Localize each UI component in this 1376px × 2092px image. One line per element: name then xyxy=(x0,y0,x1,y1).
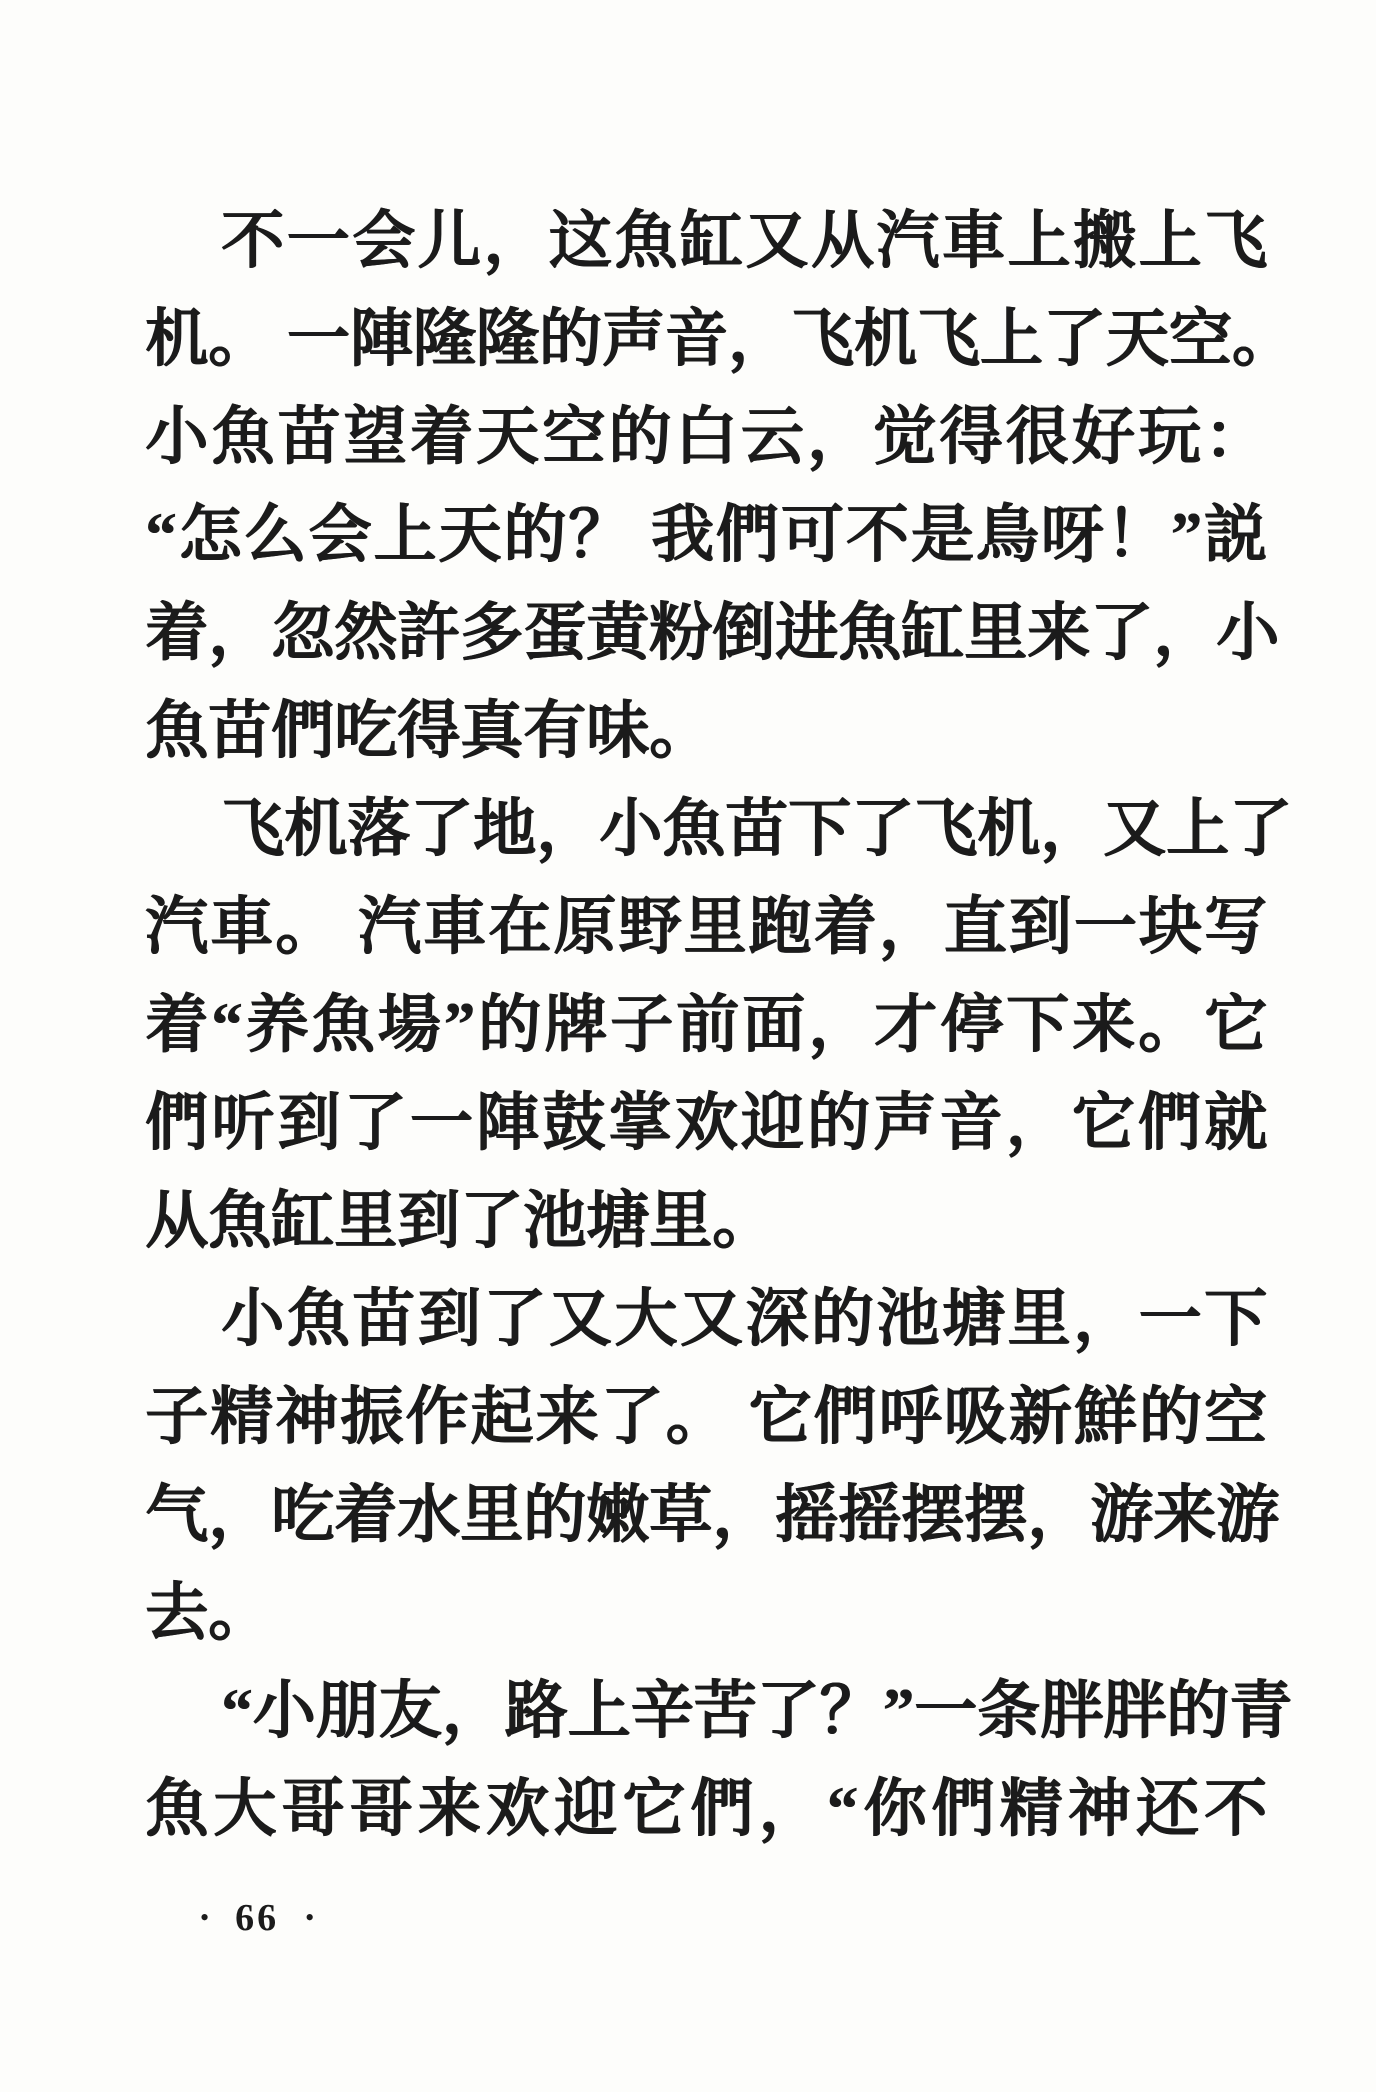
text-char: 里 xyxy=(683,878,746,976)
text-char: 忽 xyxy=(271,584,334,682)
text-char: ？ xyxy=(820,1662,883,1760)
text-char: 。 xyxy=(208,290,271,388)
text-char: 了 xyxy=(344,1074,407,1172)
text-char: 小 xyxy=(599,780,662,878)
text-char: 上 xyxy=(568,1662,631,1760)
text-char: 魚 xyxy=(145,1760,208,1858)
text-char: 很 xyxy=(1005,388,1068,486)
text-line-9: 着“养魚場”的牌子前面，才停下来。它 xyxy=(145,976,1267,1074)
text-char: 望 xyxy=(344,388,407,486)
text-char: 又 xyxy=(745,192,808,290)
text-char: 直 xyxy=(944,878,1007,976)
text-char: 养 xyxy=(246,976,309,1074)
text-char: ， xyxy=(208,584,271,682)
text-char: 不 xyxy=(1204,1760,1267,1858)
text-char xyxy=(340,878,356,976)
text-char: 然 xyxy=(334,584,397,682)
text-char: 来 xyxy=(535,1368,598,1466)
text-char: ” xyxy=(883,1662,915,1760)
text-char: ， xyxy=(712,1466,775,1564)
text-char: 迎 xyxy=(741,1074,804,1172)
text-line-7: 飞机落了地，小魚苗下了飞机，又上了 xyxy=(145,780,1267,878)
text-char: 吃 xyxy=(271,1466,334,1564)
text-char: 魚 xyxy=(211,388,274,486)
text-char: 朋 xyxy=(316,1662,379,1760)
text-char: 会 xyxy=(352,192,415,290)
text-char: 牌 xyxy=(544,976,607,1074)
text-char: 声 xyxy=(873,1074,936,1172)
text-char: 原 xyxy=(553,878,616,976)
text-char: 苦 xyxy=(694,1662,757,1760)
text-char: 机 xyxy=(854,290,917,388)
text-char xyxy=(731,1368,747,1466)
text-char: 鼓 xyxy=(542,1074,605,1172)
text-line-15: 去。 xyxy=(145,1564,1267,1662)
page-number-dot-right: • xyxy=(305,1905,314,1931)
text-char: 們 xyxy=(716,486,779,584)
text-char: 的 xyxy=(807,1074,870,1172)
text-char: 們 xyxy=(813,1368,876,1466)
text-char: 摆 xyxy=(901,1466,964,1564)
page-number: • 66 • xyxy=(200,1893,314,1943)
text-char: 是 xyxy=(911,486,974,584)
text-char: ， xyxy=(1153,584,1216,682)
text-char: 迎 xyxy=(554,1760,617,1858)
text-char: 了 xyxy=(600,1368,663,1466)
text-char: 粉 xyxy=(649,584,712,682)
text-char: 了 xyxy=(1090,584,1153,682)
text-char: 草 xyxy=(649,1466,712,1564)
text-char: 哥 xyxy=(281,1760,344,1858)
text-char: 一 xyxy=(410,1074,473,1172)
text-char: “ xyxy=(211,976,243,1074)
text-char: 上 xyxy=(980,290,1043,388)
text-char: 們 xyxy=(145,1074,208,1172)
text-char: 胖 xyxy=(1103,1662,1166,1760)
text-char: 蛋 xyxy=(523,584,586,682)
text-char: 苗 xyxy=(352,1270,415,1368)
text-char: 上 xyxy=(1166,780,1229,878)
text-char: 就 xyxy=(1204,1074,1267,1172)
book-page: 不一会儿，这魚缸又从汽車上搬上飞机。 一陣隆隆的声音，飞机飞上了天空。小魚苗望着… xyxy=(0,0,1376,2092)
text-char: 呀 xyxy=(1041,486,1104,584)
text-char: 魚 xyxy=(614,192,677,290)
text-char: ！ xyxy=(1106,486,1169,584)
text-char: 作 xyxy=(405,1368,468,1466)
text-char: 一 xyxy=(914,1662,977,1760)
text-char: 游 xyxy=(1216,1466,1279,1564)
text-char: 起 xyxy=(470,1368,533,1466)
text-char: 胖 xyxy=(1040,1662,1103,1760)
text-char: ， xyxy=(483,192,546,290)
text-char: 它 xyxy=(1204,976,1267,1074)
text-char: 着 xyxy=(145,584,208,682)
text-char: 塘 xyxy=(942,1270,1005,1368)
text-char: 了 xyxy=(851,780,914,878)
text-char: 魚 xyxy=(662,780,725,878)
text-char: 儿 xyxy=(418,192,481,290)
text-char: 的 xyxy=(478,976,541,1074)
text-char: 了 xyxy=(1043,290,1106,388)
text-char: 地 xyxy=(473,780,536,878)
text-char: 着 xyxy=(145,976,208,1074)
text-char: 写 xyxy=(1204,878,1267,976)
text-char: 陣 xyxy=(350,290,413,388)
text-char: 落 xyxy=(347,780,410,878)
text-char: ” xyxy=(444,976,476,1074)
text-char: “ xyxy=(221,1662,253,1760)
text-char: 空 xyxy=(1204,1368,1267,1466)
text-char: 一 xyxy=(1138,1270,1201,1368)
text-char: 子 xyxy=(610,976,673,1074)
text-char: 友 xyxy=(379,1662,442,1760)
text-char: 白 xyxy=(675,388,738,486)
text-char: 水 xyxy=(397,1466,460,1564)
text-char: 的 xyxy=(1139,1368,1202,1466)
text-char: 条 xyxy=(977,1662,1040,1760)
text-char: 得 xyxy=(939,388,1002,486)
text-char: 野 xyxy=(618,878,681,976)
text-char: 不 xyxy=(221,192,284,290)
text-char: 。 xyxy=(1232,290,1295,388)
text-char: ？ xyxy=(568,486,631,584)
text-char: 辛 xyxy=(631,1662,694,1760)
text-char: 上 xyxy=(1138,192,1201,290)
text-line-10: 們听到了一陣鼓掌欢迎的声音，它們就 xyxy=(145,1074,1267,1172)
text-char: 它 xyxy=(1072,1074,1135,1172)
text-char: 説 xyxy=(1204,486,1267,584)
text-char: 小 xyxy=(221,1270,284,1368)
text-char: 摆 xyxy=(964,1466,1027,1564)
text-char: 小 xyxy=(253,1662,316,1760)
text-char: 一 xyxy=(287,192,350,290)
text-char: 青 xyxy=(1229,1662,1292,1760)
text-char: 的 xyxy=(608,388,671,486)
text-char: 搬 xyxy=(1073,192,1136,290)
text-char: 怎 xyxy=(178,486,241,584)
text-line-11: 从魚缸里到了池塘里。 xyxy=(145,1172,1267,1270)
text-char: 它 xyxy=(748,1368,811,1466)
text-char: 声 xyxy=(602,290,665,388)
text-char: 上 xyxy=(373,486,436,584)
text-char: “ xyxy=(827,1760,859,1858)
text-char: 深 xyxy=(745,1270,808,1368)
text-line-1: 不一会儿，这魚缸又从汽車上搬上飞 xyxy=(145,192,1267,290)
text-char: 一 xyxy=(1074,878,1137,976)
text-char: 空 xyxy=(542,388,605,486)
text-char: 車 xyxy=(942,192,1005,290)
text-char: 进 xyxy=(775,584,838,682)
text-char: 魚 xyxy=(838,584,901,682)
text-char: ， xyxy=(728,290,791,388)
text-char: 隆 xyxy=(413,290,476,388)
text-char: 面 xyxy=(742,976,805,1074)
text-char: 飞 xyxy=(1204,192,1267,290)
text-char: 鳥 xyxy=(976,486,1039,584)
text-char: 神 xyxy=(275,1368,338,1466)
text-char: 鮮 xyxy=(1074,1368,1137,1466)
text-char: 块 xyxy=(1139,878,1202,976)
text-char: 的 xyxy=(811,1270,874,1368)
text-char: ， xyxy=(442,1662,505,1760)
text-char: 魚 xyxy=(312,976,375,1074)
text-char: 的 xyxy=(523,1466,586,1564)
story-text: 不一会儿，这魚缸又从汽車上搬上飞机。 一陣隆隆的声音，飞机飞上了天空。小魚苗望着… xyxy=(145,192,1267,1858)
text-char: 倒 xyxy=(712,584,775,682)
text-char: 吸 xyxy=(944,1368,1007,1466)
text-char: 里 xyxy=(1007,1270,1070,1368)
text-char: 着 xyxy=(410,388,473,486)
text-char: ， xyxy=(808,976,871,1074)
text-char: 游 xyxy=(1090,1466,1153,1564)
text-char: 池 xyxy=(876,1270,939,1368)
text-char: ， xyxy=(807,388,870,486)
text-char: 大 xyxy=(213,1760,276,1858)
text-char: 的 xyxy=(539,290,602,388)
text-char: 音 xyxy=(665,290,728,388)
text-char: 好 xyxy=(1072,388,1135,486)
text-line-3: 小魚苗望着天空的白云，觉得很好玩： xyxy=(145,388,1267,486)
text-char: 又 xyxy=(1103,780,1166,878)
text-char: 魚 xyxy=(287,1270,350,1368)
text-char: 嫩 xyxy=(586,1466,649,1564)
text-line-4: “怎么会上天的？ 我們可不是鳥呀！”説 xyxy=(145,486,1267,584)
text-char: 可 xyxy=(781,486,844,584)
text-line-12: 小魚苗到了又大又深的池塘里，一下 xyxy=(145,1270,1267,1368)
text-char: ， xyxy=(879,878,942,976)
text-char: 下 xyxy=(788,780,851,878)
text-char: 摇 xyxy=(838,1466,901,1564)
text-char: 場 xyxy=(378,976,441,1074)
text-char: ： xyxy=(1204,388,1267,486)
text-char: 下 xyxy=(1006,976,1069,1074)
text-char: 这 xyxy=(549,192,612,290)
text-char: 你 xyxy=(863,1760,926,1858)
text-char: 了 xyxy=(1229,780,1292,878)
text-line-17: 魚大哥哥来欢迎它們，“你們精神还不 xyxy=(145,1760,1267,1858)
page-number-dot-left: • xyxy=(200,1905,209,1931)
page-number-value: 66 xyxy=(235,1899,279,1937)
text-char: 到 xyxy=(277,1074,340,1172)
text-char: 来 xyxy=(418,1760,481,1858)
text-char: 。 xyxy=(275,878,338,976)
text-char: 在 xyxy=(488,878,551,976)
text-char: 下 xyxy=(1204,1270,1267,1368)
text-char: 空 xyxy=(1169,290,1232,388)
text-char: 的 xyxy=(503,486,566,584)
text-char: 到 xyxy=(418,1270,481,1368)
text-char: 哥 xyxy=(349,1760,412,1858)
text-char: 小 xyxy=(145,388,208,486)
text-line-13: 子精神振作起来了。 它們呼吸新鮮的空 xyxy=(145,1368,1267,1466)
text-char: 小 xyxy=(1216,584,1279,682)
text-char: 天 xyxy=(1106,290,1169,388)
text-char: 飞 xyxy=(914,780,977,878)
text-char: 精 xyxy=(1000,1760,1063,1858)
text-char: 前 xyxy=(676,976,739,1074)
text-char: 还 xyxy=(1136,1760,1199,1858)
text-char: 云 xyxy=(741,388,804,486)
text-char: ， xyxy=(1027,1466,1090,1564)
text-char: 呼 xyxy=(879,1368,942,1466)
text-char: 又 xyxy=(680,1270,743,1368)
text-char: 机 xyxy=(145,290,208,388)
text-char: ， xyxy=(208,1466,271,1564)
text-char: “ xyxy=(145,486,177,584)
text-char: 汽 xyxy=(358,878,421,976)
text-char: 不 xyxy=(846,486,909,584)
text-char: 到 xyxy=(1009,878,1072,976)
text-char: 了 xyxy=(410,780,473,878)
text-char: 們 xyxy=(931,1760,994,1858)
text-line-5: 着，忽然許多蛋黄粉倒进魚缸里来了，小 xyxy=(145,584,1267,682)
text-char: 陣 xyxy=(476,1074,539,1172)
text-char: 飞 xyxy=(917,290,980,388)
text-char: 們 xyxy=(1138,1074,1201,1172)
text-char: ， xyxy=(536,780,599,878)
text-char: 天 xyxy=(476,388,539,486)
text-char: 欢 xyxy=(486,1760,549,1858)
text-char: 。 xyxy=(1138,976,1201,1074)
text-char: 它 xyxy=(622,1760,685,1858)
text-char: 玩 xyxy=(1138,388,1201,486)
text-char: 黄 xyxy=(586,584,649,682)
text-char: 精 xyxy=(210,1368,273,1466)
text-char: 上 xyxy=(1007,192,1070,290)
text-char: 才 xyxy=(874,976,937,1074)
text-char: 了 xyxy=(757,1662,820,1760)
text-char: ， xyxy=(1005,1074,1068,1172)
text-line-6: 魚苗們吃得真有味。 xyxy=(145,682,1267,780)
text-char: ， xyxy=(1073,1270,1136,1368)
text-char: 車 xyxy=(210,878,273,976)
text-char xyxy=(633,486,649,584)
text-char: 来 xyxy=(1027,584,1090,682)
text-char: ， xyxy=(758,1760,821,1858)
text-char: 里 xyxy=(964,584,1027,682)
text-char: 音 xyxy=(939,1074,1002,1172)
text-char: 缸 xyxy=(901,584,964,682)
text-char: 大 xyxy=(614,1270,677,1368)
text-char: 隆 xyxy=(476,290,539,388)
text-char: 欢 xyxy=(675,1074,738,1172)
text-char: 路 xyxy=(505,1662,568,1760)
text-char: ， xyxy=(1040,780,1103,878)
text-char: ” xyxy=(1170,486,1202,584)
text-char: 机 xyxy=(284,780,347,878)
text-char: 。 xyxy=(666,1368,729,1466)
text-char: 觉 xyxy=(873,388,936,486)
text-char: 机 xyxy=(977,780,1040,878)
text-line-2: 机。 一陣隆隆的声音，飞机飞上了天空。 xyxy=(145,290,1267,388)
text-char: 缸 xyxy=(680,192,743,290)
text-char: 多 xyxy=(460,584,523,682)
text-char: 一 xyxy=(287,290,350,388)
text-char: 着 xyxy=(334,1466,397,1564)
text-char: 的 xyxy=(1166,1662,1229,1760)
text-char: 又 xyxy=(549,1270,612,1368)
text-line-8: 汽車。 汽車在原野里跑着，直到一块写 xyxy=(145,878,1267,976)
text-char: 振 xyxy=(340,1368,403,1466)
text-char: 天 xyxy=(438,486,501,584)
text-char: 么 xyxy=(243,486,306,584)
text-char: 跑 xyxy=(748,878,811,976)
text-char: 里 xyxy=(460,1466,523,1564)
text-char: 苗 xyxy=(277,388,340,486)
text-char: 从 xyxy=(811,192,874,290)
text-char: 着 xyxy=(813,878,876,976)
text-char: 新 xyxy=(1009,1368,1072,1466)
text-char: 会 xyxy=(308,486,371,584)
text-char: 摇 xyxy=(775,1466,838,1564)
text-char: 神 xyxy=(1068,1760,1131,1858)
text-char: 飞 xyxy=(221,780,284,878)
text-char: 飞 xyxy=(791,290,854,388)
text-char: 掌 xyxy=(608,1074,671,1172)
text-char: 苗 xyxy=(725,780,788,878)
text-char: 汽 xyxy=(145,878,208,976)
text-char: 汽 xyxy=(876,192,939,290)
text-char: 我 xyxy=(651,486,714,584)
text-char: 子 xyxy=(145,1368,208,1466)
text-char: 車 xyxy=(423,878,486,976)
text-line-14: 气，吃着水里的嫩草，摇摇摆摆，游来游 xyxy=(145,1466,1267,1564)
text-char: 气 xyxy=(145,1466,208,1564)
text-char xyxy=(271,290,287,388)
text-char: 来 xyxy=(1153,1466,1216,1564)
text-char: 听 xyxy=(211,1074,274,1172)
text-char: 們 xyxy=(690,1760,753,1858)
text-line-16: “小朋友，路上辛苦了？”一条胖胖的青 xyxy=(145,1662,1267,1760)
text-char: 停 xyxy=(940,976,1003,1074)
text-char: 許 xyxy=(397,584,460,682)
text-char: 来 xyxy=(1072,976,1135,1074)
text-char: 了 xyxy=(483,1270,546,1368)
